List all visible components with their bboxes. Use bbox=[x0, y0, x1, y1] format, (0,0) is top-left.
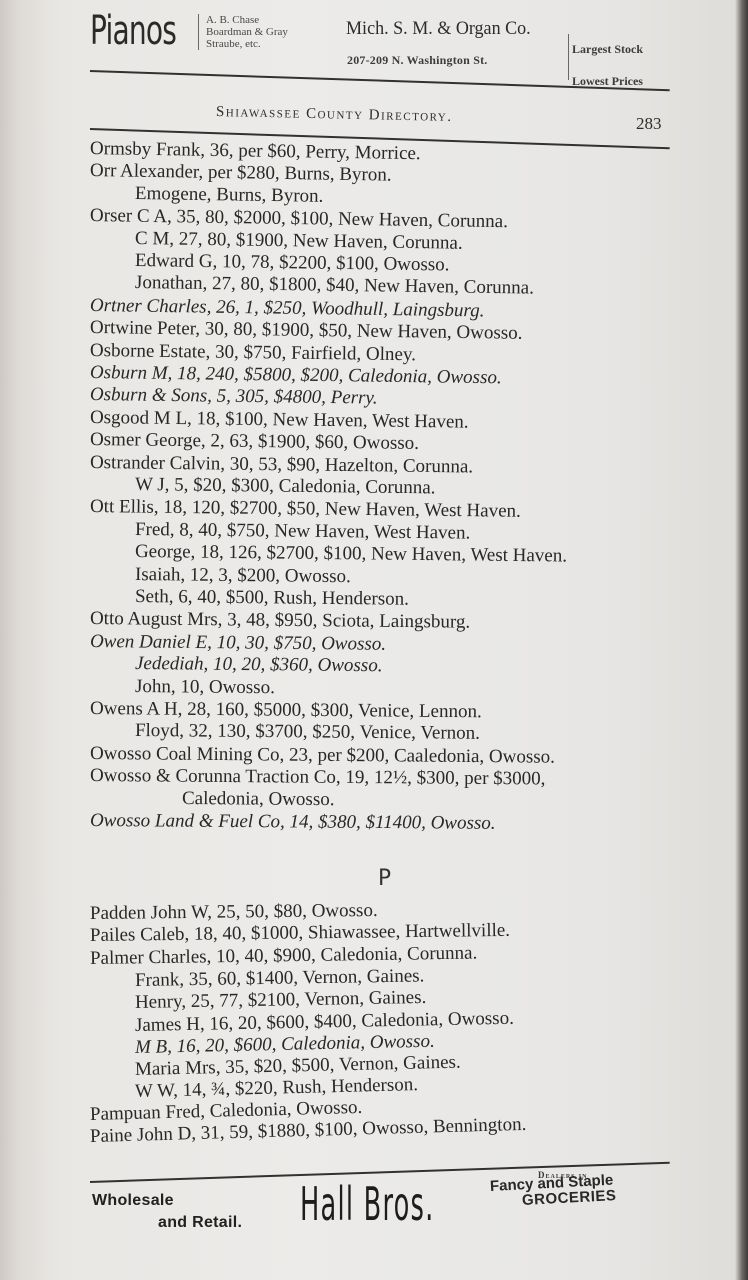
directory-entry: Caledonia, Owosso. bbox=[182, 788, 335, 811]
running-head-title: Shiawassee County Directory. bbox=[216, 104, 453, 126]
directory-entry: Owosso Land & Fuel Co, 14, $380, $11400,… bbox=[90, 810, 496, 835]
directory-entry: Owosso & Corunna Traction Co, 19, 12½, $… bbox=[90, 765, 546, 790]
pianos-title: Pianos bbox=[90, 8, 176, 54]
directory-entry: Floyd, 32, 130, $3700, $250, Venice, Ver… bbox=[135, 720, 480, 745]
directory-entry: Seth, 6, 40, $500, Rush, Henderson. bbox=[135, 586, 409, 611]
advertiser-address: 207-209 N. Washington St. bbox=[347, 53, 487, 68]
directory-entry: Osburn & Sons, 5, 305, $4800, Perry. bbox=[90, 384, 378, 410]
directory-page: Pianos A. B. Chase Boardman & Gray Strau… bbox=[0, 0, 748, 1280]
section-letter: P bbox=[378, 866, 391, 891]
hall-bros-title: Hall Bros. bbox=[300, 1178, 435, 1230]
piano-brand: A. B. Chase bbox=[206, 14, 288, 26]
wholesale-label: Wholesale bbox=[92, 1192, 174, 1210]
piano-brand: Straube, etc. bbox=[206, 38, 288, 50]
slogan: Largest Stock bbox=[572, 42, 643, 56]
brace-divider bbox=[568, 34, 569, 80]
directory-entry: Otto August Mrs, 3, 48, $950, Sciota, La… bbox=[90, 608, 470, 634]
directory-entry: W J, 5, $20, $300, Caledonia, Corunna. bbox=[135, 474, 436, 499]
retail-label: and Retail. bbox=[158, 1214, 242, 1232]
directory-entry: Emogene, Burns, Byron. bbox=[135, 183, 324, 208]
directory-entry: Isaiah, 12, 3, $200, Owosso. bbox=[135, 564, 351, 588]
groceries-label: GROCERIES bbox=[522, 1187, 617, 1209]
advertiser-company: Mich. S. M. & Organ Co. bbox=[346, 18, 531, 40]
directory-entry: Owen Daniel E, 10, 30, $750, Owosso. bbox=[90, 631, 386, 656]
page-number: 283 bbox=[636, 114, 662, 134]
piano-brands-list: A. B. Chase Boardman & Gray Straube, etc… bbox=[206, 14, 288, 50]
piano-brand: Boardman & Gray bbox=[206, 26, 288, 38]
directory-entry: John, 10, Owosso. bbox=[135, 676, 275, 699]
footer-advertisement: Wholesale and Retail. Hall Bros. Dealers… bbox=[92, 1170, 682, 1240]
header-advertisement: Pianos A. B. Chase Boardman & Gray Strau… bbox=[90, 8, 680, 78]
brace-divider bbox=[198, 14, 199, 50]
directory-entry: Osmer George, 2, 63, $1900, $60, Owosso. bbox=[90, 429, 419, 455]
directory-entry: Jedediah, 10, 20, $360, Owosso. bbox=[135, 653, 383, 677]
